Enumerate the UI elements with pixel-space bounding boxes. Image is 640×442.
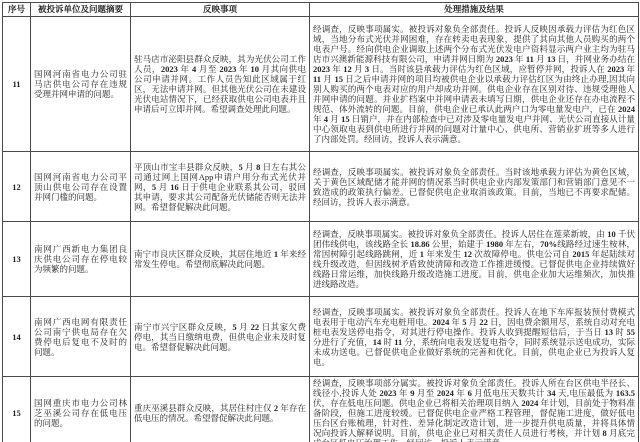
table-row: 15 国网重庆市电力公司林芝巫溪公司存在低电压的问题。 重庆巫溪县群众反映，其居… <box>3 377 639 442</box>
matter-cell: 平顶山市宝丰县群众反映，5 月 8 日左右其公司通过网上国网App申请户用分布式… <box>131 152 310 222</box>
table-header-row: 序号 被投诉单位及问题摘要 反映事项 处理措施及结果 <box>3 3 639 17</box>
unit-summary-cell: 国网重庆市电力公司林芝巫溪公司存在低电压的问题。 <box>31 377 131 442</box>
serial-cell: 15 <box>3 377 31 442</box>
result-cell: 经调查，反映事项属实。被投诉对象负全部责任。投诉人居住在莲菜新坡，由 10 千伏… <box>310 222 639 297</box>
result-cell: 经调查，反映事项部分属实。被投诉对象负全部责任。投诉人所在台区供电半径长、线径小… <box>310 377 639 442</box>
col-header-serial: 序号 <box>3 3 31 17</box>
serial-cell: 11 <box>3 17 31 152</box>
table-row: 12 国网河南省电力公司平顶山供电公司存在设置并网门槛的问题。 平顶山市宝丰县群… <box>3 152 639 222</box>
col-header-unit-summary: 被投诉单位及问题摘要 <box>31 3 131 17</box>
col-header-matter: 反映事项 <box>131 3 310 17</box>
matter-cell: 重庆巫溪县群众反映，其居住村庄仅 2 年存在低电压的情况。希望督促解决此问题。 <box>131 377 310 442</box>
matter-cell: 南宁市兴宁区群众反映，5 月 22 日其家欠费停电，其当日缴纳电费，但供电企业未… <box>131 297 310 377</box>
table-row: 11 国网河南省电力公司驻马店供电公司存在违规受理并网申请的问题。 驻马店市泌阳… <box>3 17 639 152</box>
table-row: 14 南网广西电网有限责任公司南宁供电局存在欠费停电后复电不及时的问题。 南宁市… <box>3 297 639 377</box>
table-row: 13 南网广西新电力集团良庆供电公司存在停电较为频繁的问题。 南宁市良庆区群众反… <box>3 222 639 297</box>
serial-cell: 14 <box>3 297 31 377</box>
result-cell: 经调查，反映事项属实。被投诉对象负全部责任。当时该地承载力评估为黄色区域，关于黄… <box>310 152 639 222</box>
result-cell: 经调查，反映事项属实。被投诉对象负全部责任。投诉人在地下车库报装预付费模式电表用… <box>310 297 639 377</box>
unit-summary-cell: 国网河南省电力公司平顶山供电公司存在设置并网门槛的问题。 <box>31 152 131 222</box>
unit-summary-cell: 国网河南省电力公司驻马店供电公司存在违规受理并网申请的问题。 <box>31 17 131 152</box>
col-header-result: 处理措施及结果 <box>310 3 639 17</box>
serial-cell: 12 <box>3 152 31 222</box>
complaints-table: 序号 被投诉单位及问题摘要 反映事项 处理措施及结果 11 国网河南省电力公司驻… <box>2 2 639 442</box>
matter-cell: 南宁市良庆区群众反映，其居住地近 1 年来经常发生停电。希望彻底解决此问题。 <box>131 222 310 297</box>
unit-summary-cell: 南网广西电网有限责任公司南宁供电局存在欠费停电后复电不及时的问题。 <box>31 297 131 377</box>
matter-cell: 驻马店市泌阳县群众反映，其为光伏公司工作人员，2023 年 4 月至 2023 … <box>131 17 310 152</box>
result-cell: 经调查，反映事项属实。被投诉对象负全部责任。投诉人反映因承载力评估为红色区域，当… <box>310 17 639 152</box>
unit-summary-cell: 南网广西新电力集团良庆供电公司存在停电较为频繁的问题。 <box>31 222 131 297</box>
serial-cell: 13 <box>3 222 31 297</box>
document-page: 序号 被投诉单位及问题摘要 反映事项 处理措施及结果 11 国网河南省电力公司驻… <box>0 0 640 442</box>
